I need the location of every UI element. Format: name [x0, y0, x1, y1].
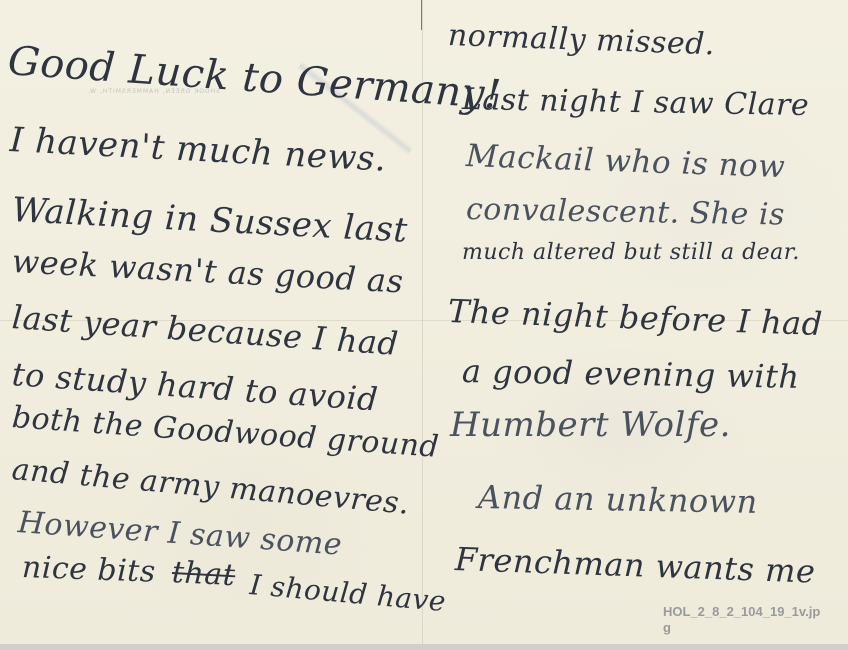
handwritten-line: Good Luck to Germany! [6, 38, 502, 118]
handwritten-line: I should have [249, 568, 448, 618]
filename-label: HOL_2_8_2_104_19_1v.jpg [663, 604, 823, 636]
handwritten-line: normally missed. [447, 18, 715, 62]
handwritten-line: Humbert Wolfe. [450, 405, 731, 445]
handwritten-line: convalescent. She is [466, 192, 785, 233]
handwritten-line: nice bits [21, 550, 156, 590]
handwritten-line: last year because I had [11, 298, 400, 363]
handwritten-line: The night before I had [447, 292, 823, 343]
fold-edge-mark [421, 0, 422, 30]
handwritten-line: I haven't much news. [9, 120, 387, 180]
handwritten-line: a good evening with [462, 352, 800, 396]
handwritten-line: week wasn't as good as [11, 242, 404, 300]
handwritten-line: Frenchman wants me [454, 540, 816, 591]
handwritten-line: Last night I saw Clare [462, 82, 810, 123]
handwritten-line: Walking in Sussex last [11, 190, 409, 251]
handwritten-line: much altered but still a dear. [462, 240, 800, 265]
struck-word: that [171, 555, 236, 593]
handwritten-line: Mackail who is now [465, 138, 785, 185]
scan-bottom-edge [0, 644, 848, 650]
letter-sheet: SHOOK GREEN, HAMMERSMITH, W. Good Luck t… [0, 0, 848, 644]
handwritten-line: And an unknown [478, 478, 758, 521]
